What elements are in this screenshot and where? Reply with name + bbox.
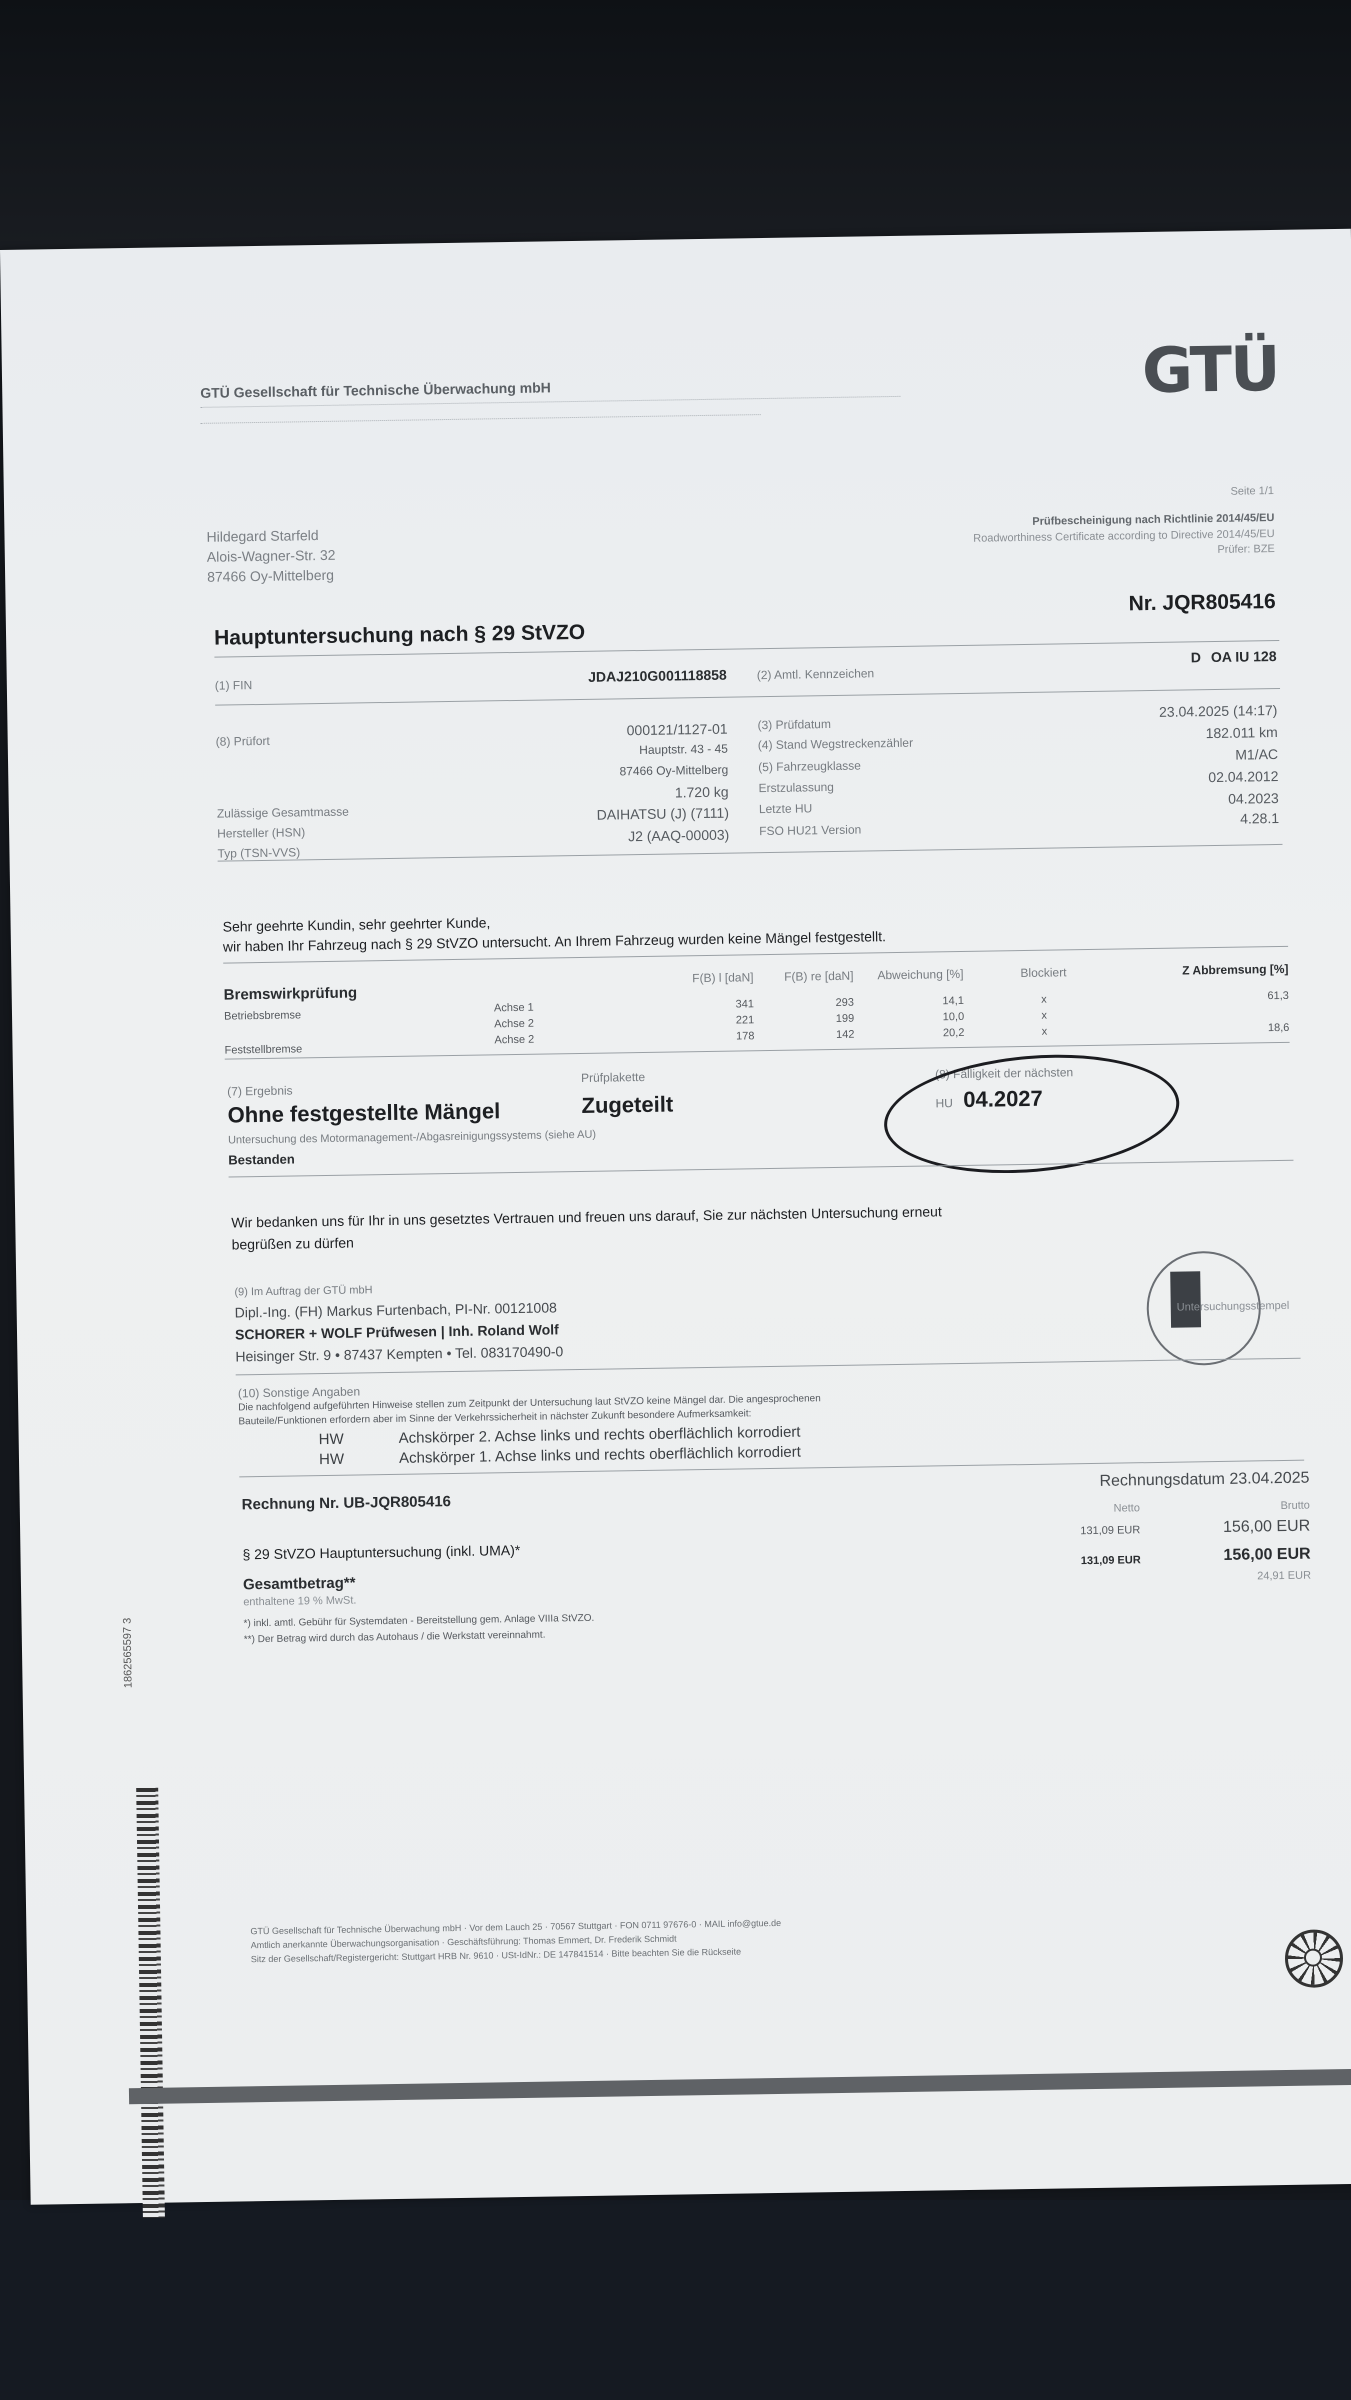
sticker-value: Zugeteilt: [581, 1092, 673, 1119]
invoice-item: § 29 StVZO Hauptuntersuchung (inkl. UMA)…: [242, 1542, 520, 1562]
mass-value: 1.720 kg: [429, 784, 729, 805]
brake-header: Z Abbremsung [%]: [1143, 962, 1288, 978]
vat-value: 24,91 EUR: [1201, 1570, 1311, 1584]
fso-label: FSO HU21 Version: [759, 823, 861, 839]
brake-force-left: 178: [634, 1030, 754, 1044]
background-top: [0, 0, 1351, 270]
closing-line1: Wir bedanken uns für Ihr in uns gesetzte…: [231, 1203, 942, 1230]
brake-header: F(B) l [daN]: [633, 970, 753, 986]
invoice-footnote2: **) Der Betrag wird durch das Autohaus /…: [244, 1630, 546, 1646]
invoice-footnote1: *) inkl. amtl. Gebühr für Systemdaten - …: [244, 1613, 595, 1630]
brake-group: Feststellbremse: [225, 1041, 425, 1056]
fso-value: 4.28.1: [1009, 810, 1279, 830]
date-label: (3) Prüfdatum: [757, 717, 831, 732]
item-brutto: 156,00 EUR: [1170, 1518, 1310, 1538]
inspector-name: Dipl.-Ing. (FH) Markus Furtenbach, PI-Nr…: [235, 1299, 557, 1320]
inspector-address: Heisinger Str. 9 • 87437 Kempten • Tel. …: [235, 1343, 563, 1364]
result-value: Ohne festgestellte Mängel: [227, 1098, 500, 1128]
sticker-label: Prüfplakette: [581, 1070, 645, 1085]
brake-force-left: 341: [634, 998, 754, 1012]
note-code: HW: [319, 1451, 344, 1468]
maker-label: Hersteller (HSN): [217, 825, 305, 840]
date-value: 23.04.2025 (14:17): [1007, 702, 1277, 722]
background-bottom: [0, 2200, 1351, 2400]
barcode-number: 1862565597 3: [122, 1618, 135, 1689]
fin-label: (1) FIN: [215, 678, 253, 693]
brake-header: Abweichung [%]: [853, 967, 963, 983]
recipient-city: 87466 Oy-Mittelberg: [207, 567, 334, 585]
total-netto: 131,09 EUR: [1031, 1554, 1141, 1568]
brake-axle: Achse 1: [494, 1001, 594, 1015]
invoice-date: Rechnungsdatum 23.04.2025: [919, 1470, 1309, 1494]
footer-line1: GTÜ Gesellschaft für Technische Überwach…: [250, 1918, 781, 1936]
odometer-label: (4) Stand Wegstreckenzähler: [758, 736, 913, 752]
brake-test-section: Bremswirkprüfung F(B) l [daN] F(B) re [d…: [223, 956, 1288, 973]
result-label: (7) Ergebnis: [227, 1084, 293, 1099]
brake-axle: Achse 2: [494, 1033, 594, 1047]
invoice-number: Rechnung Nr. UB-JQR805416: [242, 1493, 451, 1513]
brake-header: F(B) re [daN]: [753, 969, 853, 985]
station-id: 000121/1127-01: [428, 721, 728, 742]
brake-force-right: 199: [754, 1013, 854, 1027]
brake-deviation: 20,2: [854, 1027, 964, 1041]
station-label: (8) Prüfort: [216, 734, 270, 749]
footer-line3: Sitz der Gesellschaft/Registergericht: S…: [251, 1947, 741, 1965]
recipient-name: Hildegard Starfeld: [206, 527, 318, 545]
netto-label: Netto: [1030, 1502, 1140, 1516]
brake-deviation: 10,0: [854, 1011, 964, 1025]
brake-deviation: 14,1: [854, 995, 964, 1009]
brake-blocked: x: [994, 993, 1094, 1007]
brutto-label: Brutto: [1200, 1500, 1310, 1514]
brake-title: Bremswirkprüfung: [224, 984, 358, 1003]
closing-line2: begrüßen zu dürfen: [232, 1235, 354, 1253]
total-brutto: 156,00 EUR: [1171, 1546, 1311, 1566]
first-reg-label: Erstzulassung: [758, 780, 834, 795]
note-text: Achskörper 2. Achse links und rechts obe…: [399, 1424, 801, 1447]
type-label: Typ (TSN-VVS): [217, 845, 300, 860]
inspector-company: SCHORER + WOLF Prüfwesen | Inh. Roland W…: [235, 1321, 559, 1342]
odometer-value: 182.011 km: [1008, 724, 1278, 744]
maker-value: DAIHATSU (J) (7111): [429, 805, 729, 826]
gtue-logo: GTÜ: [1141, 332, 1279, 407]
notes-label: (10) Sonstige Angaben: [238, 1384, 360, 1400]
last-hu-value: 04.2023: [1009, 790, 1279, 810]
vat-label: enthaltene 19 % MwSt.: [243, 1595, 356, 1609]
brake-z: 18,6: [1144, 1022, 1289, 1036]
note-text: Achskörper 1. Achse links und rechts obe…: [399, 1444, 801, 1467]
brake-z: 61,3: [1144, 990, 1289, 1004]
last-hu-label: Letzte HU: [759, 801, 813, 816]
note-code: HW: [319, 1431, 344, 1448]
brake-blocked: x: [994, 1025, 1094, 1039]
document-page: GTÜ Gesellschaft für Technische Überwach…: [0, 229, 1351, 2205]
item-netto: 131,09 EUR: [1030, 1524, 1140, 1538]
brake-group: Betriebsbremse: [224, 1007, 424, 1022]
plate-value: DOA IU 128: [1046, 648, 1276, 668]
plate-label: (2) Amtl. Kennzeichen: [757, 666, 875, 682]
inspector-label: (9) Im Auftrag der GTÜ mbH: [234, 1284, 372, 1298]
mass-label: Zulässige Gesamtmasse: [217, 805, 349, 821]
page-bottom-bar: [129, 2068, 1351, 2104]
stamp-label: Untersuchungsstempel: [1177, 1300, 1290, 1314]
barcode: [136, 1788, 165, 2218]
wheel-logo-icon: [1285, 1929, 1344, 1988]
brake-group: [224, 1023, 424, 1026]
brake-force-right: 142: [754, 1029, 854, 1043]
brake-header: Blockiert: [993, 965, 1093, 981]
brake-z: [1144, 1006, 1289, 1008]
plate-number: OA IU 128: [1211, 648, 1277, 665]
company-subline: [201, 414, 761, 432]
type-value: J2 (AAQ-00003): [429, 827, 729, 848]
fin-value: JDAJ210G001118858: [427, 667, 727, 688]
company-name: GTÜ Gesellschaft für Technische Überwach…: [200, 379, 551, 401]
total-label: Gesamtbetrag**: [243, 1575, 356, 1594]
station-city: 87466 Oy-Mittelberg: [428, 763, 728, 782]
first-reg-value: 02.04.2012: [1008, 768, 1278, 788]
emission-label: Untersuchung des Motormanagement-/Abgasr…: [228, 1129, 596, 1147]
brake-axle: Achse 2: [494, 1017, 594, 1031]
station-street: Hauptstr. 43 - 45: [428, 742, 728, 761]
greeting-line1: Sehr geehrte Kundin, sehr geehrter Kunde…: [223, 914, 491, 934]
brake-force-left: 221: [634, 1014, 754, 1028]
class-label: (5) Fahrzeugklasse: [758, 759, 861, 775]
document-number: Nr. JQR805416: [1076, 590, 1276, 617]
class-value: M1/AC: [1008, 746, 1278, 766]
recipient-street: Alois-Wagner-Str. 32: [207, 547, 336, 565]
emission-value: Bestanden: [228, 1151, 295, 1167]
document-title: Hauptuntersuchung nach § 29 StVZO: [214, 621, 585, 651]
page-number: Seite 1/1: [1004, 485, 1274, 501]
cert-line3: Prüfer: BZE: [905, 543, 1275, 561]
brake-force-right: 293: [754, 997, 854, 1011]
brake-blocked: x: [994, 1009, 1094, 1023]
plate-country: D: [1191, 649, 1201, 665]
